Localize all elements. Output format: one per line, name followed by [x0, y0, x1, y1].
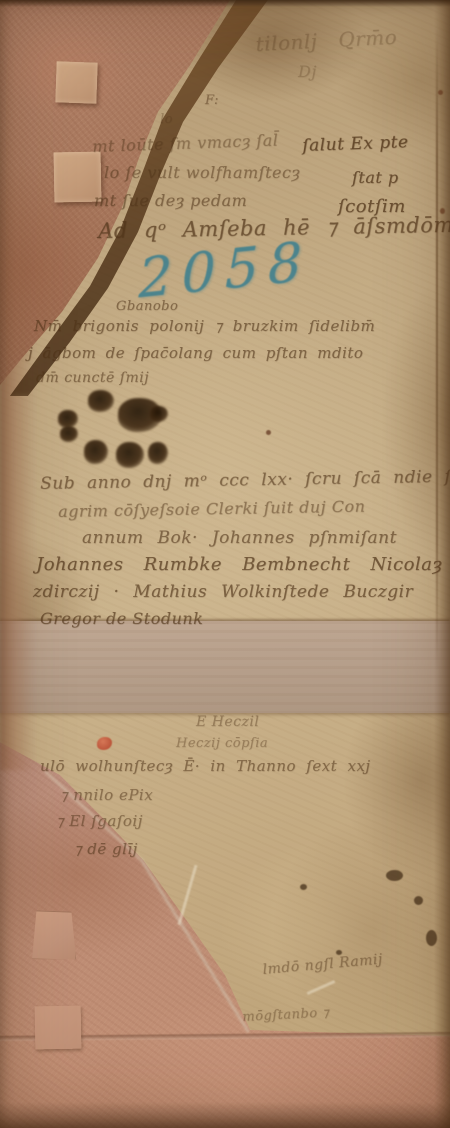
faded-handwriting-line: mōgſtanbo ⁊ — [242, 1005, 330, 1025]
faded-handwriting-line: lo — [160, 112, 173, 127]
binding-patch — [55, 61, 97, 103]
stain-speck — [300, 884, 307, 890]
handwriting-line: annum Bok· Johannes pſnmiſant — [82, 528, 397, 548]
ink-blot — [60, 426, 78, 442]
manuscript-page: tilonlj Qrm̄o Dj F: lo mt loūte ſm vmac… — [0, 0, 450, 1128]
handwriting-line: dm̄ cunctē ſmij — [36, 370, 149, 386]
handwriting-line: ⁊ nnilo ePix — [60, 786, 153, 804]
stain-speck — [266, 430, 271, 435]
wax-dot — [97, 737, 112, 750]
vertical-crease-line — [436, 30, 438, 670]
handwriting-line: Johannes Rumbke Bembnecht Nicolaȝ — [36, 554, 442, 575]
bottom-page-edge — [0, 1102, 450, 1128]
handwriting-line: ⁊ El ſgaſoij — [56, 812, 143, 830]
handwriting-line: ſtat p — [352, 168, 399, 187]
faded-handwriting-line: Heczij cōpſia — [176, 736, 268, 751]
stain-speck — [414, 896, 423, 905]
handwriting-line: j āgbom de ſpac̄olang cum pſtan mdito — [28, 344, 363, 362]
faded-handwriting-line: lmdō ngſl Ramij — [262, 951, 383, 977]
handwriting-line: Nm̄ brigonis polonij ⁊ bruzkim ſidelibm̄ — [34, 317, 375, 335]
handwriting-line: zdirczij · Mathius Wolkinſtede Buczgir — [33, 582, 413, 602]
binding-patch — [35, 1006, 82, 1050]
handwriting-line: Gregor de Stodunk — [40, 609, 203, 628]
ink-blot — [148, 442, 168, 464]
parchment-strip-band — [0, 621, 450, 713]
ink-blot — [88, 390, 114, 412]
scratch-mark — [178, 865, 198, 925]
faded-handwriting-line: F: — [205, 93, 219, 108]
scratch-mark — [307, 980, 336, 995]
ink-blot — [84, 440, 108, 464]
handwriting-line: ulō wolhunſtecȝ Ē· in Thanno ſext xxj — [40, 757, 371, 775]
faded-handwriting-line: E Heczil — [196, 714, 259, 730]
handwriting-line: agrim cōſyeſsoie Clerki ſuit duj Con — [58, 497, 366, 521]
handwriting-line: ſalut Ex pte — [302, 132, 409, 156]
ink-blot — [116, 442, 144, 468]
faded-handwriting-line: tilonlj Qrm̄o — [255, 25, 398, 56]
binding-patch — [30, 910, 78, 961]
stain-speck — [386, 870, 403, 881]
ink-blot — [150, 406, 168, 422]
handwriting-line: ⁊ dē glīj — [74, 840, 138, 858]
handwriting-line: lo ſe vult wolfhamſtecȝ — [104, 163, 300, 182]
handwriting-line: Sub anno dnj mᵒ ccc lxx· ſcru ſcā ndie … — [40, 467, 450, 494]
handwriting-line: Gbanobo — [116, 299, 178, 314]
top-page-edge — [0, 0, 450, 7]
faded-handwriting-line: Dj — [298, 62, 317, 81]
handwriting-line: mt ſue deȝ pedam — [94, 191, 247, 210]
